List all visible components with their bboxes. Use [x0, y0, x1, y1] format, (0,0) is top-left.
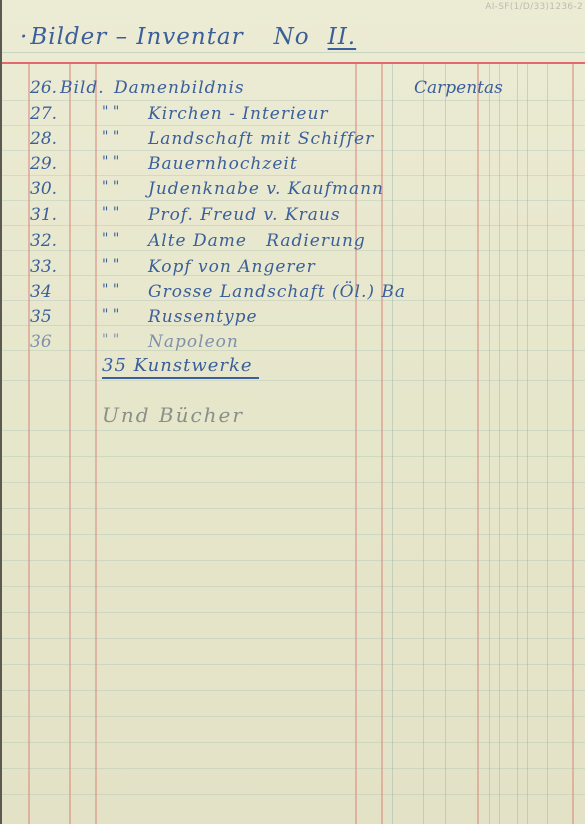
pencil-note: Und Bücher — [102, 403, 244, 427]
ruled-line — [2, 716, 585, 717]
ruled-line — [2, 612, 585, 613]
header-rule — [2, 62, 585, 64]
ruled-line — [2, 690, 585, 691]
column-rule — [477, 62, 479, 824]
ruled-line — [2, 638, 585, 639]
ruled-line — [2, 100, 585, 101]
entry-number: 33. — [30, 257, 70, 277]
ruled-line — [2, 664, 585, 665]
column-rule — [95, 62, 97, 824]
column-rule — [28, 62, 30, 824]
ditto-mark: " " — [102, 205, 119, 221]
ledger-page: AI-SF(1/D/33)1236-2 ·Bilder – InventarNo… — [2, 0, 585, 824]
entry-number: 30. — [30, 179, 70, 199]
ruled-line — [2, 325, 585, 326]
ruled-line — [2, 534, 585, 535]
number-label: No — [274, 24, 310, 50]
ruled-line — [2, 125, 585, 126]
column-rule — [572, 62, 574, 824]
entry-description: Prof. Freud v. Kraus — [148, 205, 341, 225]
entry-number: 31. — [30, 205, 70, 225]
ruled-line — [2, 175, 585, 176]
ruled-line — [2, 508, 585, 509]
column-rule — [445, 62, 446, 824]
ruled-line — [2, 794, 585, 795]
ruled-line — [2, 430, 585, 431]
title-bullet: · — [20, 24, 28, 50]
entry-artist: Carpentas — [414, 78, 503, 98]
title-text: Bilder – Inventar — [30, 24, 243, 50]
ditto-mark: " " — [102, 282, 119, 298]
entry-description: Bauernhochzeit — [148, 154, 298, 174]
ditto-mark: " " — [102, 257, 119, 273]
ruled-line — [2, 380, 585, 381]
ruled-line — [2, 200, 585, 201]
column-rule — [69, 62, 71, 824]
entry-description: Damenbildnis — [114, 78, 245, 98]
ruled-line — [2, 768, 585, 769]
entry-description: Kopf von Angerer — [148, 257, 316, 277]
ruled-line — [2, 482, 585, 483]
entry-number: 29. — [30, 154, 70, 174]
column-rule — [392, 62, 393, 824]
entry-number: 34 — [30, 282, 70, 302]
ruled-line — [2, 456, 585, 457]
entry-prefix: Bild. — [60, 78, 105, 98]
archive-id-stamp: AI-SF(1/D/33)1236-2 — [485, 2, 583, 12]
ditto-mark: " " — [102, 332, 119, 348]
top-rule — [2, 52, 585, 53]
column-rule — [381, 62, 383, 824]
page-title: ·Bilder – InventarNoII. — [20, 24, 356, 50]
volume-number: II. — [328, 24, 356, 50]
total-artworks: 35 Kunstwerke — [102, 355, 259, 379]
ditto-mark: " " — [102, 307, 119, 323]
ditto-mark: " " — [102, 179, 119, 195]
ruled-line — [2, 742, 585, 743]
entry-number: 35 — [30, 307, 70, 327]
column-rule — [489, 62, 490, 824]
entry-number: 28. — [30, 129, 70, 149]
entry-description: Russentype — [148, 307, 258, 327]
entry-description: Alte Dame Radierung — [148, 231, 366, 251]
column-rule — [423, 62, 424, 824]
entry-number: 27. — [30, 104, 70, 124]
column-rule — [547, 62, 548, 824]
entry-number: 32. — [30, 231, 70, 251]
ruled-line — [2, 350, 585, 351]
entry-number: 36 — [30, 332, 70, 352]
entry-description: Judenknabe v. Kaufmann — [148, 179, 384, 199]
ditto-mark: " " — [102, 104, 119, 120]
ruled-line — [2, 560, 585, 561]
ruled-line — [2, 225, 585, 226]
column-rule — [517, 62, 518, 824]
entry-description: Kirchen - Interieur — [148, 104, 329, 124]
ruled-line — [2, 150, 585, 151]
entry-description: Napoleon — [148, 332, 239, 352]
entry-description: Landschaft mit Schiffer — [148, 129, 374, 149]
entry-description: Grosse Landschaft (Öl.) Ba — [148, 282, 406, 302]
ditto-mark: " " — [102, 231, 119, 247]
ditto-mark: " " — [102, 129, 119, 145]
column-rule — [527, 62, 528, 824]
ditto-mark: " " — [102, 154, 119, 170]
column-rule — [355, 62, 357, 824]
ruled-line — [2, 586, 585, 587]
column-rule — [499, 62, 500, 824]
